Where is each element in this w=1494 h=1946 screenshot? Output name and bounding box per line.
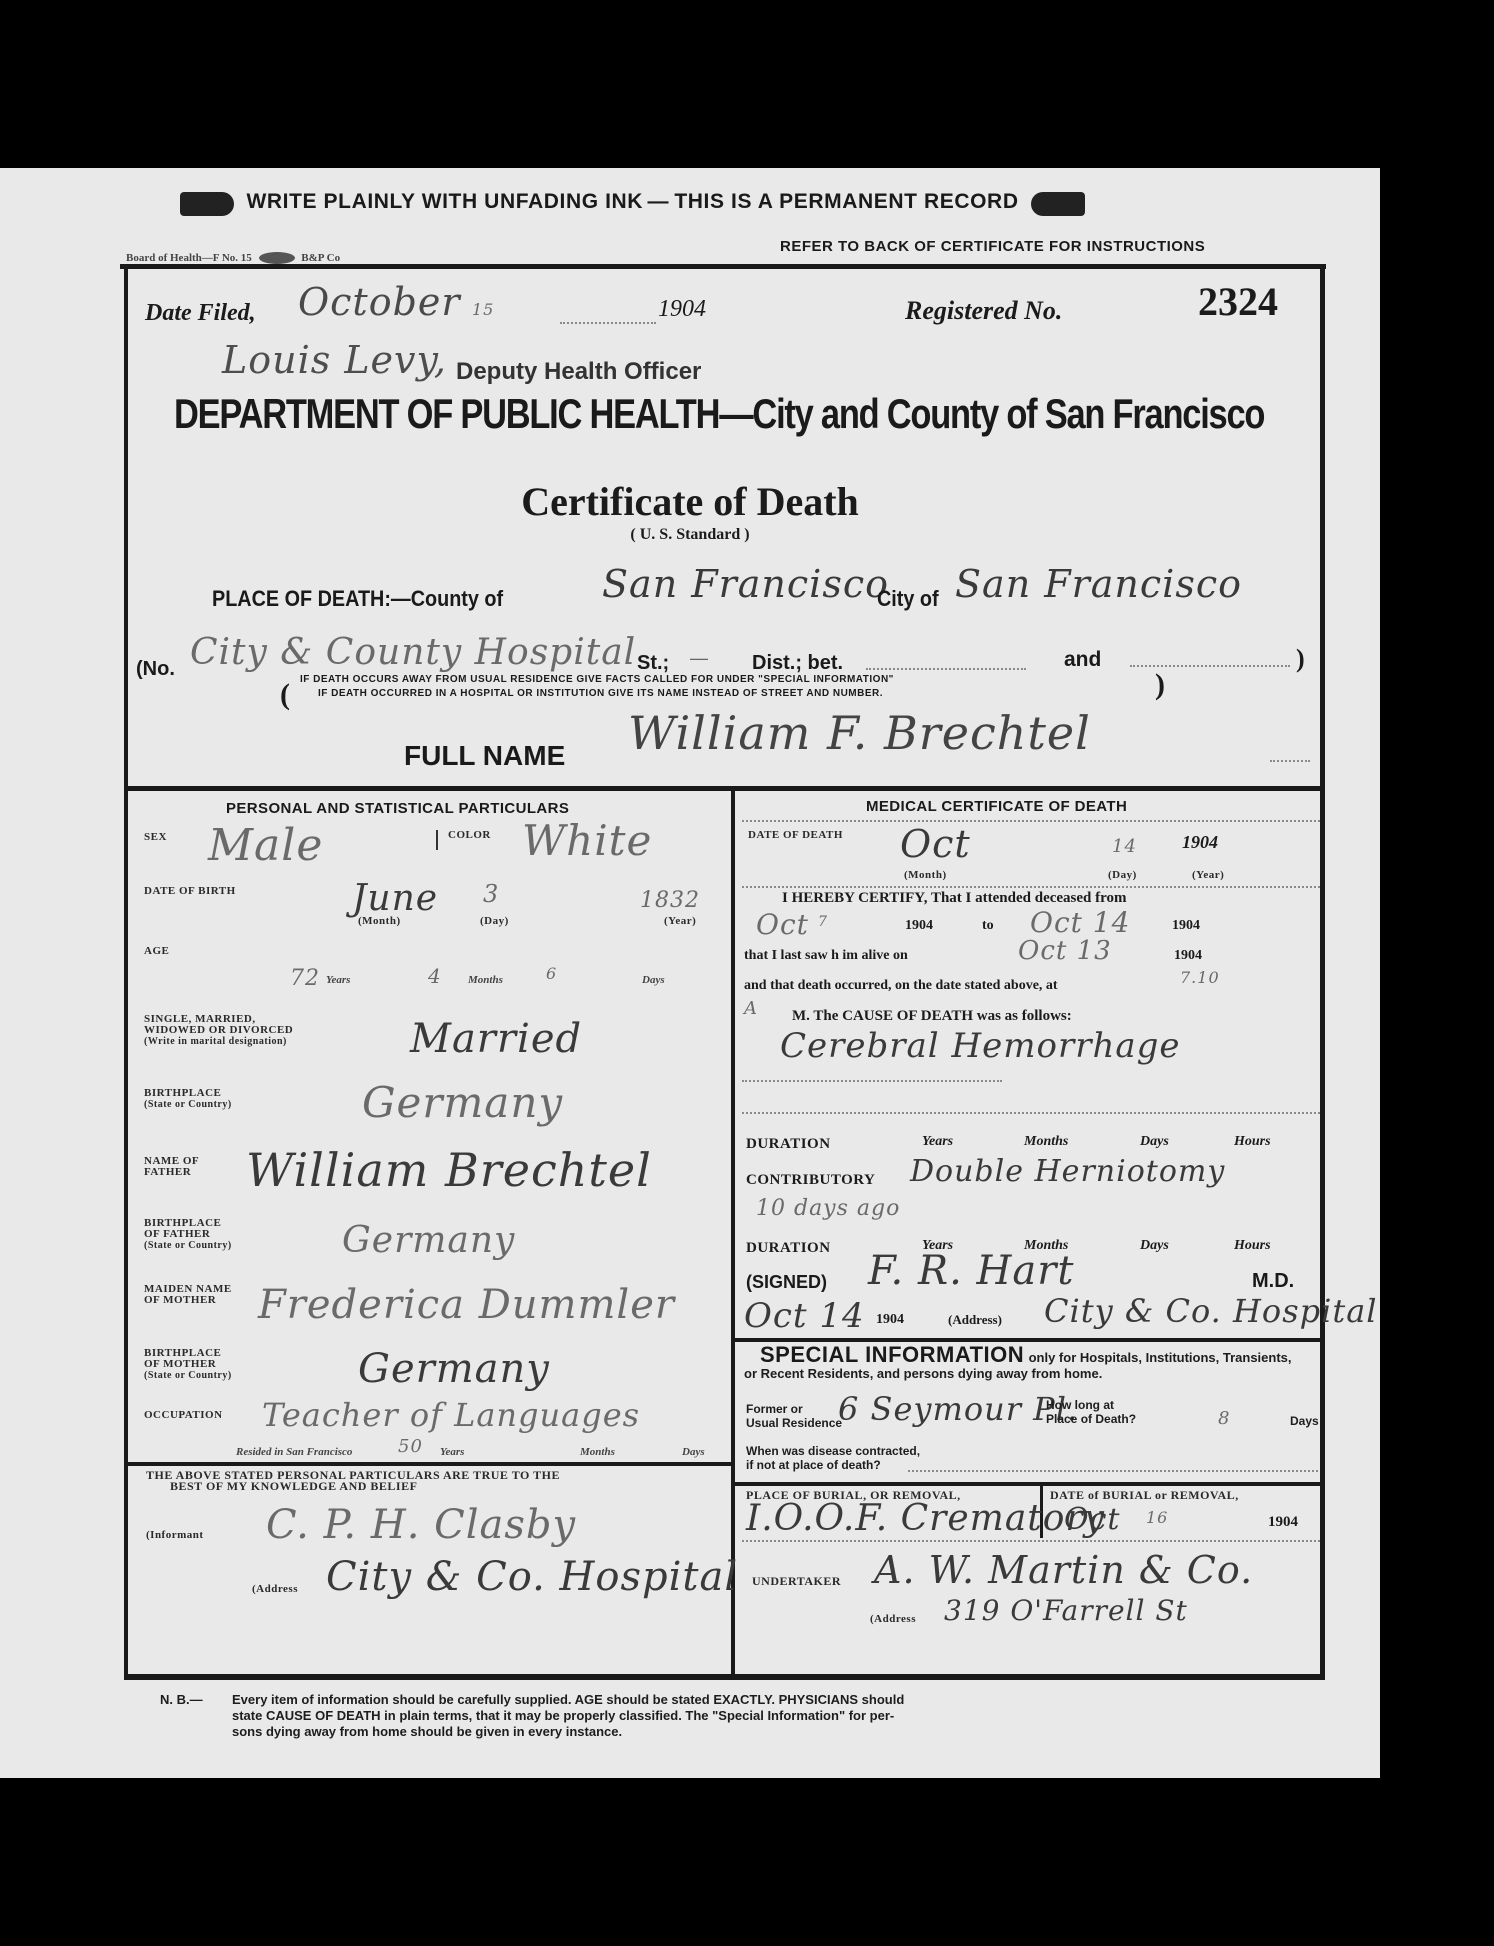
- father-birthplace-label: BIRTHPLACE OF FATHER (State or Country): [144, 1218, 232, 1251]
- how-long-value: 8: [1218, 1408, 1230, 1429]
- form-top-border: [120, 264, 1326, 269]
- duration-years-label-1: Years: [922, 1134, 953, 1150]
- attended-from-year: 1904: [905, 918, 933, 934]
- undertaker-address-value: 319 O'Farrell St: [944, 1594, 1188, 1627]
- dod-day-caption: (Day): [1108, 870, 1137, 881]
- officer-title: Deputy Health Officer: [456, 358, 701, 386]
- registered-number: 2324: [1198, 278, 1278, 325]
- date-of-death-label: DATE OF DEATH: [748, 830, 843, 841]
- signed-address-label: (Address): [948, 1312, 1002, 1328]
- duration-label-1: DURATION: [746, 1136, 831, 1153]
- pointing-hand-icon-right: [1031, 192, 1085, 216]
- full-name-label: FULL NAME: [404, 740, 565, 772]
- cause-line-2: [742, 1080, 1002, 1082]
- district-line-1: [866, 668, 1026, 670]
- dod-bottom-line: [742, 886, 1320, 888]
- attended-from-day: 7: [818, 914, 828, 930]
- mother-name-label: MAIDEN NAME OF MOTHER: [144, 1284, 232, 1306]
- resided-days-label: Days: [682, 1446, 705, 1458]
- dob-month: June: [352, 878, 438, 919]
- contributory-label: CONTRIBUTORY: [746, 1172, 875, 1189]
- last-saw-value: Oct 13: [1018, 936, 1112, 966]
- signed-value: F. R. Hart: [868, 1248, 1074, 1294]
- date-filed-month: October: [298, 280, 461, 324]
- burial-top-rule: [733, 1482, 1323, 1486]
- certify-text: I HEREBY CERTIFY, That I attended deceas…: [782, 890, 1127, 907]
- note-paren-close: ): [1155, 668, 1165, 702]
- mother-bp-label-3: (State or Country): [144, 1370, 232, 1381]
- instructions-note: REFER TO BACK OF CERTIFICATE FOR INSTRUC…: [780, 238, 1205, 255]
- contracted-label-2: if not at place of death?: [746, 1458, 920, 1472]
- md-label: M.D.: [1252, 1270, 1294, 1293]
- occupation-value: Teacher of Languages: [262, 1396, 640, 1434]
- death-meridiem: A: [744, 998, 758, 1019]
- father-label-2: FATHER: [144, 1167, 199, 1178]
- attended-to: Oct 14: [1030, 906, 1130, 939]
- district-label: Dist.; bet.: [752, 652, 843, 675]
- how-long-unit: Days: [1290, 1414, 1319, 1428]
- marital-value: Married: [410, 1016, 582, 1062]
- residence-label-2: Usual Residence: [746, 1416, 842, 1430]
- full-name-value: William F. Brechtel: [628, 706, 1091, 760]
- age-days-label: Days: [642, 974, 665, 986]
- father-bp-label-3: (State or Country): [144, 1240, 232, 1251]
- burial-place-value: I.O.O.F. Crematory: [746, 1498, 1105, 1539]
- medical-heading-line: [742, 820, 1320, 822]
- dob-year-caption: (Year): [664, 916, 696, 927]
- officer-signature: Louis Levy,: [222, 338, 447, 382]
- residence-label: Former or Usual Residence: [746, 1402, 842, 1430]
- marital-label: SINGLE, MARRIED, WIDOWED OR DIVORCED (Wr…: [144, 1014, 293, 1047]
- age-months-label: Months: [468, 974, 503, 986]
- pointing-hand-icon: [180, 192, 234, 216]
- marital-label-2: WIDOWED OR DIVORCED: [144, 1025, 293, 1036]
- burial-line: [742, 1540, 1320, 1542]
- personal-heading: PERSONAL AND STATISTICAL PARTICULARS: [226, 800, 569, 817]
- date-of-death-month: Oct: [900, 822, 971, 866]
- burial-date-label: DATE of BURIAL or REMOVAL,: [1050, 1490, 1239, 1501]
- date-of-death-day: 14: [1112, 836, 1137, 857]
- columns-top-rule: [124, 786, 1324, 791]
- footnote-nb: N. B.—: [160, 1692, 203, 1707]
- district-line-2: [1130, 665, 1290, 667]
- mother-name-value: Frederica Dummler: [258, 1282, 675, 1328]
- date-filed-day: 15: [472, 300, 494, 319]
- signed-year: 1904: [876, 1312, 904, 1328]
- duration-days-label-1: Days: [1140, 1134, 1169, 1150]
- printer-line: Board of Health—F No. 15 B&P Co: [126, 252, 340, 264]
- cause-value: Cerebral Hemorrhage: [780, 1026, 1181, 1066]
- color-value: White: [522, 816, 652, 865]
- father-name-label: NAME OF FATHER: [144, 1156, 199, 1178]
- signed-address-value: City & Co. Hospital: [1044, 1292, 1378, 1330]
- city-value: San Francisco: [955, 562, 1242, 606]
- how-long-label-2: Place of Death?: [1046, 1412, 1136, 1426]
- banner-left-text: WRITE PLAINLY WITH UNFADING INK: [246, 190, 643, 213]
- contributory-value: Double Herniotomy: [910, 1154, 1225, 1189]
- footnote-line-1: Every item of information should be care…: [232, 1692, 904, 1708]
- banner-dash: —: [648, 190, 675, 213]
- date-filed-year: 1904: [658, 296, 706, 323]
- and-label: and: [1064, 648, 1101, 672]
- column-divider: [731, 788, 735, 1680]
- union-label-seal-icon: [259, 252, 295, 264]
- institution-value: City & County Hospital: [190, 632, 636, 673]
- resided-months-label: Months: [580, 1446, 615, 1458]
- dob-day-caption: (Day): [480, 916, 509, 927]
- street-label: St.;: [637, 652, 669, 675]
- dod-month-caption: (Month): [904, 870, 947, 881]
- age-months: 4: [428, 964, 442, 988]
- note-paren-open: (: [280, 678, 290, 712]
- informant-label: (Informant: [146, 1530, 204, 1541]
- dob-day: 3: [483, 880, 499, 908]
- county-value: San Francisco: [602, 562, 889, 606]
- special-heading: SPECIAL INFORMATION only for Hospitals, …: [760, 1342, 1292, 1368]
- undertaker-address-label: (Address: [870, 1614, 916, 1625]
- contracted-label-1: When was disease contracted,: [746, 1444, 920, 1458]
- color-label-text: COLOR: [448, 829, 491, 841]
- mother-birthplace-value: Germany: [358, 1346, 550, 1392]
- full-name-line-end: [1270, 760, 1310, 762]
- cause-line-3: [742, 1112, 1320, 1114]
- date-of-death-year: 1904: [1182, 832, 1218, 853]
- death-time: 7.10: [1180, 968, 1220, 987]
- certificate-title: Certificate of Death: [0, 478, 1380, 525]
- death-certificate-page: WRITE PLAINLY WITH UNFADING INK — THIS I…: [0, 168, 1380, 1778]
- street-value: —: [690, 648, 708, 669]
- medical-heading: MEDICAL CERTIFICATE OF DEATH: [866, 798, 1127, 815]
- burial-date-day: 16: [1146, 1508, 1168, 1527]
- contributory-note: 10 days ago: [756, 1196, 900, 1221]
- special-heading-rest: only for Hospitals, Institutions, Transi…: [1029, 1350, 1292, 1365]
- special-heading-line2: or Recent Residents, and persons dying a…: [744, 1366, 1102, 1381]
- place-note-line-2: IF DEATH OCCURRED IN A HOSPITAL OR INSTI…: [318, 688, 883, 699]
- form-bottom-border: [124, 1674, 1324, 1680]
- footnote-line-3: sons dying away from home should be give…: [232, 1724, 904, 1740]
- duration-months-label-1: Months: [1024, 1134, 1068, 1150]
- dob-year: 1832: [640, 888, 700, 913]
- signed-date: Oct 14: [744, 1296, 865, 1336]
- last-saw-year: 1904: [1174, 948, 1202, 964]
- father-bp-label-2: OF FATHER: [144, 1229, 232, 1240]
- banner: WRITE PLAINLY WITH UNFADING INK — THIS I…: [180, 190, 1085, 216]
- dob-label: DATE OF BIRTH: [144, 886, 236, 897]
- informant-statement: THE ABOVE STATED PERSONAL PARTICULARS AR…: [146, 1470, 560, 1492]
- age-label: AGE: [144, 946, 169, 957]
- informant-address-label: (Address: [252, 1584, 298, 1595]
- mother-bp-label-2: OF MOTHER: [144, 1359, 232, 1370]
- age-years-label: Years: [326, 974, 350, 986]
- printer-form-number: Board of Health—F No. 15: [126, 252, 252, 264]
- date-filed-label: Date Filed,: [145, 300, 256, 327]
- banner-right-text: THIS IS A PERMANENT RECORD: [674, 190, 1018, 213]
- informant-address-value: City & Co. Hospital: [326, 1554, 738, 1600]
- sex-value: Male: [208, 820, 323, 871]
- resided-label: Resided in San Francisco: [236, 1446, 352, 1458]
- resided-years: 50: [398, 1436, 423, 1457]
- duration-hours-label-1: Hours: [1234, 1134, 1271, 1150]
- place-of-death-label: PLACE OF DEATH:—County of: [212, 586, 503, 612]
- informant-statement-2: BEST OF MY KNOWLEDGE AND BELIEF: [146, 1481, 560, 1492]
- certificate-standard: ( U. S. Standard ): [0, 526, 1380, 544]
- date-filed-day-line: [560, 322, 656, 324]
- informant-value: C. P. H. Clasby: [266, 1502, 576, 1548]
- place-note-line-1: IF DEATH OCCURS AWAY FROM USUAL RESIDENC…: [300, 674, 894, 685]
- department-title: DEPARTMENT OF PUBLIC HEALTH—City and Cou…: [174, 390, 1264, 438]
- city-label: City of: [877, 586, 939, 612]
- attended-from-month: Oct: [756, 908, 809, 941]
- undertaker-label: UNDERTAKER: [752, 1576, 841, 1587]
- age-years: 72: [290, 966, 320, 991]
- residence-value: 6 Seymour Pl.: [838, 1390, 1078, 1428]
- footnote-line-2: state CAUSE OF DEATH in plain terms, tha…: [232, 1708, 904, 1724]
- mother-label-2: OF MOTHER: [144, 1295, 232, 1306]
- residence-label-1: Former or: [746, 1402, 842, 1416]
- dob-month-caption: (Month): [358, 916, 401, 927]
- attended-to-year: 1904: [1172, 918, 1200, 934]
- age-days: 6: [546, 964, 557, 983]
- burial-date-month: Oct: [1064, 1502, 1120, 1537]
- sex-label: SEX: [144, 832, 167, 843]
- registered-no-label: Registered No.: [905, 296, 1062, 326]
- duration-label-2: DURATION: [746, 1240, 831, 1257]
- marital-label-3: (Write in marital designation): [144, 1036, 293, 1047]
- father-birthplace-value: Germany: [342, 1220, 515, 1261]
- duration-hours-label-2: Hours: [1234, 1238, 1271, 1254]
- duration-days-label-2: Days: [1140, 1238, 1169, 1254]
- birthplace-label: BIRTHPLACE (State or Country): [144, 1088, 232, 1110]
- color-label: COLOR: [436, 830, 491, 850]
- burial-date-year: 1904: [1268, 1514, 1298, 1531]
- resided-years-label: Years: [440, 1446, 464, 1458]
- footnote: Every item of information should be care…: [232, 1692, 904, 1740]
- signed-label: (SIGNED): [746, 1272, 827, 1293]
- dod-year-caption: (Year): [1192, 870, 1224, 881]
- birthplace-value: Germany: [362, 1078, 563, 1127]
- contracted-line: [908, 1470, 1318, 1472]
- how-long-label: How long at Place of Death?: [1046, 1398, 1136, 1426]
- birthplace-label-1: BIRTHPLACE: [144, 1088, 232, 1099]
- occurred-text: and that death occurred, on the date sta…: [744, 978, 1058, 994]
- paren-close: ): [1296, 644, 1305, 674]
- occupation-label: OCCUPATION: [144, 1410, 223, 1421]
- undertaker-value: A. W. Martin & Co.: [874, 1548, 1253, 1592]
- mother-birthplace-label: BIRTHPLACE OF MOTHER (State or Country): [144, 1348, 232, 1381]
- cause-label: M. The CAUSE OF DEATH was as follows:: [792, 1008, 1072, 1025]
- father-name-value: William Brechtel: [246, 1143, 652, 1197]
- special-heading-big: SPECIAL INFORMATION: [760, 1342, 1024, 1367]
- printer-company: B&P Co: [301, 252, 340, 264]
- how-long-label-1: How long at: [1046, 1398, 1136, 1412]
- birthplace-label-2: (State or Country): [144, 1099, 232, 1110]
- last-saw-label: that I last saw h im alive on: [744, 948, 908, 964]
- informant-top-rule: [124, 1462, 734, 1466]
- street-no-label: (No.: [136, 658, 175, 681]
- contracted-label: When was disease contracted, if not at p…: [746, 1444, 920, 1472]
- to-label: to: [982, 918, 994, 934]
